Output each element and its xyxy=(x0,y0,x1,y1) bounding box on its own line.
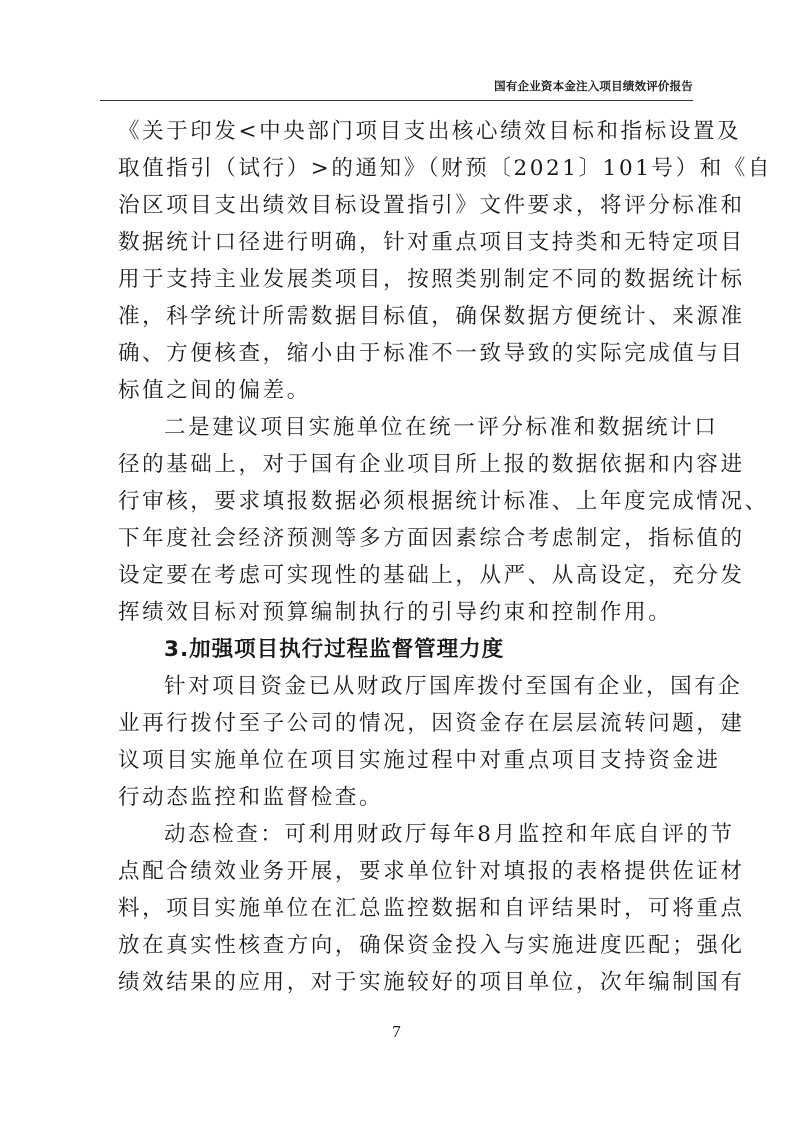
text-line: 针对项目资金已从财政厅国库拨付至国有企业，国有企 xyxy=(118,668,693,705)
text-line: 料，项目实施单位在汇总监控数据和自评结果时，可将重点 xyxy=(118,890,693,927)
text-line: 绩效结果的应用，对于实施较好的项目单位，次年编制国有 xyxy=(118,964,693,1001)
text-line: 取值指引（试行）>的通知》（财预〔2021〕101号）和《自 xyxy=(118,150,693,187)
paragraph: 《关于印发<中央部门项目支出核心绩效目标和指标设置及 取值指引（试行）>的通知》… xyxy=(118,113,693,409)
text-line: 确、方便核查，缩小由于标准不一致导致的实际完成值与目 xyxy=(118,335,693,372)
text-line: 业再行拨付至子公司的情况，因资金存在层层流转问题，建 xyxy=(118,705,693,742)
text-line: 准，科学统计所需数据目标值，确保数据方便统计、来源准 xyxy=(118,298,693,335)
paragraph: 动态检查：可利用财政厅每年8月监控和年底自评的节 点配合绩效业务开展，要求单位针… xyxy=(118,816,693,1001)
text-line: 治区项目支出绩效目标设置指引》文件要求，将评分标准和 xyxy=(118,187,693,224)
text-line: 二是建议项目实施单位在统一评分标准和数据统计口 xyxy=(118,409,693,446)
paragraph: 针对项目资金已从财政厅国库拨付至国有企业，国有企 业再行拨付至子公司的情况，因资… xyxy=(118,668,693,816)
header-title: 国有企业资本金注入项目绩效评价报告 xyxy=(494,78,693,94)
text-line: 用于支持主业发展类项目，按照类别制定不同的数据统计标 xyxy=(118,261,693,298)
text-line: 下年度社会经济预测等多方面因素综合考虑制定，指标值的 xyxy=(118,520,693,557)
body-content: 《关于印发<中央部门项目支出核心绩效目标和指标设置及 取值指引（试行）>的通知》… xyxy=(118,113,693,1001)
text-line: 标值之间的偏差。 xyxy=(118,372,693,409)
text-line: 挥绩效目标对预算编制执行的引导约束和控制作用。 xyxy=(118,594,693,631)
paragraph: 二是建议项目实施单位在统一评分标准和数据统计口 径的基础上，对于国有企业项目所上… xyxy=(118,409,693,631)
text-line: 行动态监控和监督检查。 xyxy=(118,779,693,816)
text-line: 行审核，要求填报数据必须根据统计标准、上年度完成情况、 xyxy=(118,483,693,520)
text-line: 动态检查：可利用财政厅每年8月监控和年底自评的节 xyxy=(118,816,693,853)
running-header: 国有企业资本金注入项目绩效评价报告 xyxy=(100,74,693,101)
text-line: 《关于印发<中央部门项目支出核心绩效目标和指标设置及 xyxy=(118,113,693,150)
text-line: 径的基础上，对于国有企业项目所上报的数据依据和内容进 xyxy=(118,446,693,483)
text-line: 点配合绩效业务开展，要求单位针对填报的表格提供佐证材 xyxy=(118,853,693,890)
text-line: 设定要在考虑可实现性的基础上，从严、从高设定，充分发 xyxy=(118,557,693,594)
page-number: 7 xyxy=(0,1022,793,1042)
text-line: 议项目实施单位在项目实施过程中对重点项目支持资金进 xyxy=(118,742,693,779)
text-line: 数据统计口径进行明确，针对重点项目支持类和无特定项目 xyxy=(118,224,693,261)
text-line: 放在真实性核查方向，确保资金投入与实施进度匹配；强化 xyxy=(118,927,693,964)
section-heading: 3.加强项目执行过程监督管理力度 xyxy=(118,631,693,668)
